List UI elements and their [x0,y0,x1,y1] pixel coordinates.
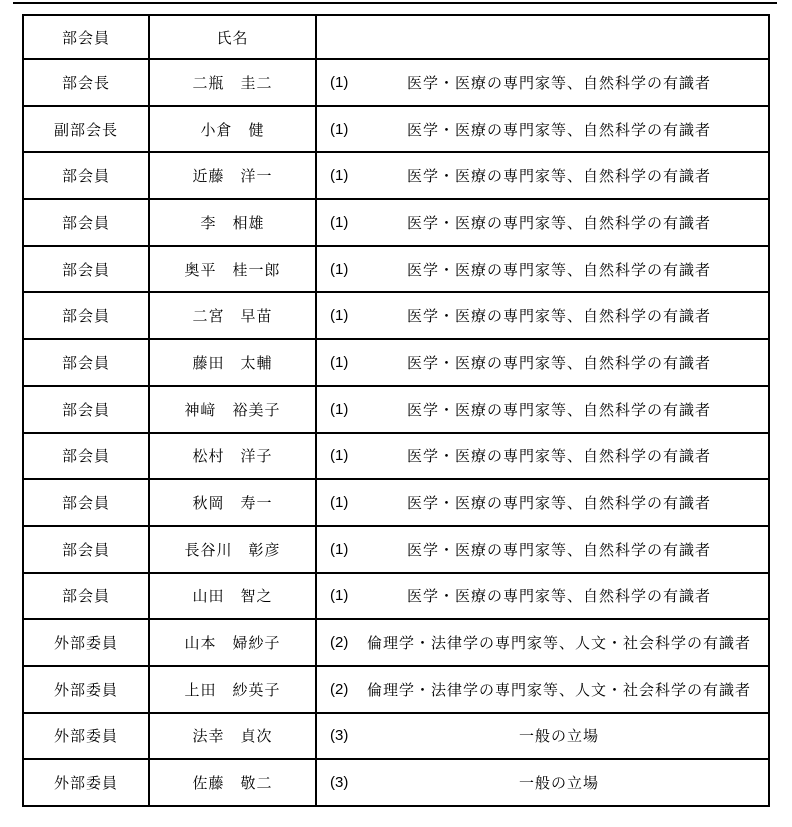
category-number: (1) [330,494,354,511]
member-category-cell: (1) 医学・医療の専門家等、自然科学の有識者 [316,433,769,480]
category-number: (3) [330,774,354,791]
member-name: 山本 婦紗子 [149,619,316,666]
member-name: 上田 紗英子 [149,666,316,713]
category-description: 一般の立場 [354,772,768,793]
category-description: 医学・医療の専門家等、自然科学の有識者 [354,539,768,560]
member-role: 外部委員 [23,713,149,760]
category-wrap: (1) 医学・医療の専門家等、自然科学の有識者 [317,259,768,280]
category-description: 医学・医療の専門家等、自然科学の有識者 [354,119,768,140]
member-category-cell: (1) 医学・医療の専門家等、自然科学の有識者 [316,339,769,386]
member-category-cell: (1) 医学・医療の専門家等、自然科学の有識者 [316,479,769,526]
member-row: 部会員 長谷川 彰彦 (1) 医学・医療の専門家等、自然科学の有識者 [23,526,769,573]
category-description: 医学・医療の専門家等、自然科学の有識者 [354,212,768,233]
category-description: 医学・医療の専門家等、自然科学の有識者 [354,259,768,280]
member-category-cell: (2) 倫理学・法律学の専門家等、人文・社会科学の有識者 [316,619,769,666]
category-number: (2) [330,681,354,698]
member-name: 佐藤 敬二 [149,759,316,806]
member-role: 部会員 [23,573,149,620]
member-row: 部会員 二宮 早苗 (1) 医学・医療の専門家等、自然科学の有識者 [23,292,769,339]
category-description: 医学・医療の専門家等、自然科学の有識者 [354,72,768,93]
category-number: (1) [330,214,354,231]
member-category-cell: (1) 医学・医療の専門家等、自然科学の有識者 [316,386,769,433]
header-category [316,15,769,59]
category-number: (1) [330,354,354,371]
category-description: 医学・医療の専門家等、自然科学の有識者 [354,165,768,186]
table-body: 部会長 二瓶 圭二 (1) 医学・医療の専門家等、自然科学の有識者 副部会長 小… [23,59,769,806]
category-wrap: (1) 医学・医療の専門家等、自然科学の有識者 [317,539,768,560]
member-category-cell: (1) 医学・医療の専門家等、自然科学の有識者 [316,292,769,339]
member-name: 李 相雄 [149,199,316,246]
category-wrap: (3) 一般の立場 [317,772,768,793]
member-category-cell: (1) 医学・医療の専門家等、自然科学の有識者 [316,152,769,199]
category-number: (1) [330,587,354,604]
member-row: 部会員 近藤 洋一 (1) 医学・医療の専門家等、自然科学の有識者 [23,152,769,199]
member-role: 部会員 [23,339,149,386]
member-role: 部会員 [23,433,149,480]
member-role: 部会員 [23,479,149,526]
category-wrap: (1) 医学・医療の専門家等、自然科学の有識者 [317,445,768,466]
member-role: 部会長 [23,59,149,106]
member-name: 長谷川 彰彦 [149,526,316,573]
category-description: 医学・医療の専門家等、自然科学の有識者 [354,445,768,466]
member-role: 部会員 [23,152,149,199]
category-wrap: (1) 医学・医療の専門家等、自然科学の有識者 [317,119,768,140]
category-number: (1) [330,307,354,324]
member-row: 部会員 藤田 太輔 (1) 医学・医療の専門家等、自然科学の有識者 [23,339,769,386]
member-row: 外部委員 佐藤 敬二 (3) 一般の立場 [23,759,769,806]
category-description: 倫理学・法律学の専門家等、人文・社会科学の有識者 [354,632,768,653]
category-wrap: (1) 医学・医療の専門家等、自然科学の有識者 [317,492,768,513]
member-row: 部会員 李 相雄 (1) 医学・医療の専門家等、自然科学の有識者 [23,199,769,246]
category-wrap: (3) 一般の立場 [317,725,768,746]
member-category-cell: (3) 一般の立場 [316,759,769,806]
category-description: 医学・医療の専門家等、自然科学の有識者 [354,399,768,420]
member-role: 外部委員 [23,619,149,666]
category-wrap: (2) 倫理学・法律学の専門家等、人文・社会科学の有識者 [317,679,768,700]
member-category-cell: (1) 医学・医療の専門家等、自然科学の有識者 [316,573,769,620]
category-description: 医学・医療の専門家等、自然科学の有識者 [354,352,768,373]
category-number: (1) [330,447,354,464]
member-role: 部会員 [23,386,149,433]
category-description: 医学・医療の専門家等、自然科学の有識者 [354,492,768,513]
category-number: (1) [330,261,354,278]
category-wrap: (1) 医学・医療の専門家等、自然科学の有識者 [317,352,768,373]
header-row: 部会員 氏名 [23,15,769,59]
member-category-cell: (1) 医学・医療の専門家等、自然科学の有識者 [316,199,769,246]
member-category-cell: (1) 医学・医療の専門家等、自然科学の有識者 [316,106,769,153]
member-name: 小倉 健 [149,106,316,153]
member-name: 奥平 桂一郎 [149,246,316,293]
member-row: 外部委員 上田 紗英子 (2) 倫理学・法律学の専門家等、人文・社会科学の有識者 [23,666,769,713]
category-number: (2) [330,634,354,651]
category-wrap: (2) 倫理学・法律学の専門家等、人文・社会科学の有識者 [317,632,768,653]
member-category-cell: (1) 医学・医療の専門家等、自然科学の有識者 [316,526,769,573]
member-name: 松村 洋子 [149,433,316,480]
member-role: 外部委員 [23,666,149,713]
member-name: 山田 智之 [149,573,316,620]
category-description: 一般の立場 [354,725,768,746]
category-description: 医学・医療の専門家等、自然科学の有識者 [354,305,768,326]
member-category-cell: (3) 一般の立場 [316,713,769,760]
member-category-cell: (1) 医学・医療の専門家等、自然科学の有識者 [316,246,769,293]
category-wrap: (1) 医学・医療の専門家等、自然科学の有識者 [317,72,768,93]
category-number: (1) [330,541,354,558]
category-wrap: (1) 医学・医療の専門家等、自然科学の有識者 [317,305,768,326]
member-role: 部会員 [23,526,149,573]
member-row: 部会員 松村 洋子 (1) 医学・医療の専門家等、自然科学の有識者 [23,433,769,480]
member-row: 副部会長 小倉 健 (1) 医学・医療の専門家等、自然科学の有識者 [23,106,769,153]
category-wrap: (1) 医学・医療の専門家等、自然科学の有識者 [317,585,768,606]
member-row: 外部委員 法幸 貞次 (3) 一般の立場 [23,713,769,760]
member-name: 藤田 太輔 [149,339,316,386]
committee-members-table: 部会員 氏名 部会長 二瓶 圭二 (1) 医学・医療の専門家等、自然科学の有識者… [22,14,770,807]
member-row: 外部委員 山本 婦紗子 (2) 倫理学・法律学の専門家等、人文・社会科学の有識者 [23,619,769,666]
member-name: 近藤 洋一 [149,152,316,199]
member-row: 部会員 神﨑 裕美子 (1) 医学・医療の専門家等、自然科学の有識者 [23,386,769,433]
member-row: 部会員 奥平 桂一郎 (1) 医学・医療の専門家等、自然科学の有識者 [23,246,769,293]
category-description: 医学・医療の専門家等、自然科学の有識者 [354,585,768,606]
member-name: 二瓶 圭二 [149,59,316,106]
member-role: 部会員 [23,292,149,339]
member-role: 部会員 [23,246,149,293]
header-name: 氏名 [149,15,316,59]
category-number: (1) [330,167,354,184]
member-name: 法幸 貞次 [149,713,316,760]
member-row: 部会長 二瓶 圭二 (1) 医学・医療の専門家等、自然科学の有識者 [23,59,769,106]
category-number: (3) [330,727,354,744]
header-role: 部会員 [23,15,149,59]
member-name: 秋岡 寿一 [149,479,316,526]
member-row: 部会員 秋岡 寿一 (1) 医学・医療の専門家等、自然科学の有識者 [23,479,769,526]
category-number: (1) [330,74,354,91]
category-wrap: (1) 医学・医療の専門家等、自然科学の有識者 [317,165,768,186]
category-wrap: (1) 医学・医療の専門家等、自然科学の有識者 [317,212,768,233]
member-row: 部会員 山田 智之 (1) 医学・医療の専門家等、自然科学の有識者 [23,573,769,620]
category-number: (1) [330,121,354,138]
top-rule-line [13,2,777,4]
category-wrap: (1) 医学・医療の専門家等、自然科学の有識者 [317,399,768,420]
member-category-cell: (2) 倫理学・法律学の専門家等、人文・社会科学の有識者 [316,666,769,713]
member-category-cell: (1) 医学・医療の専門家等、自然科学の有識者 [316,59,769,106]
member-role: 副部会長 [23,106,149,153]
member-role: 外部委員 [23,759,149,806]
category-number: (1) [330,401,354,418]
member-role: 部会員 [23,199,149,246]
category-description: 倫理学・法律学の専門家等、人文・社会科学の有識者 [354,679,768,700]
member-name: 神﨑 裕美子 [149,386,316,433]
member-name: 二宮 早苗 [149,292,316,339]
